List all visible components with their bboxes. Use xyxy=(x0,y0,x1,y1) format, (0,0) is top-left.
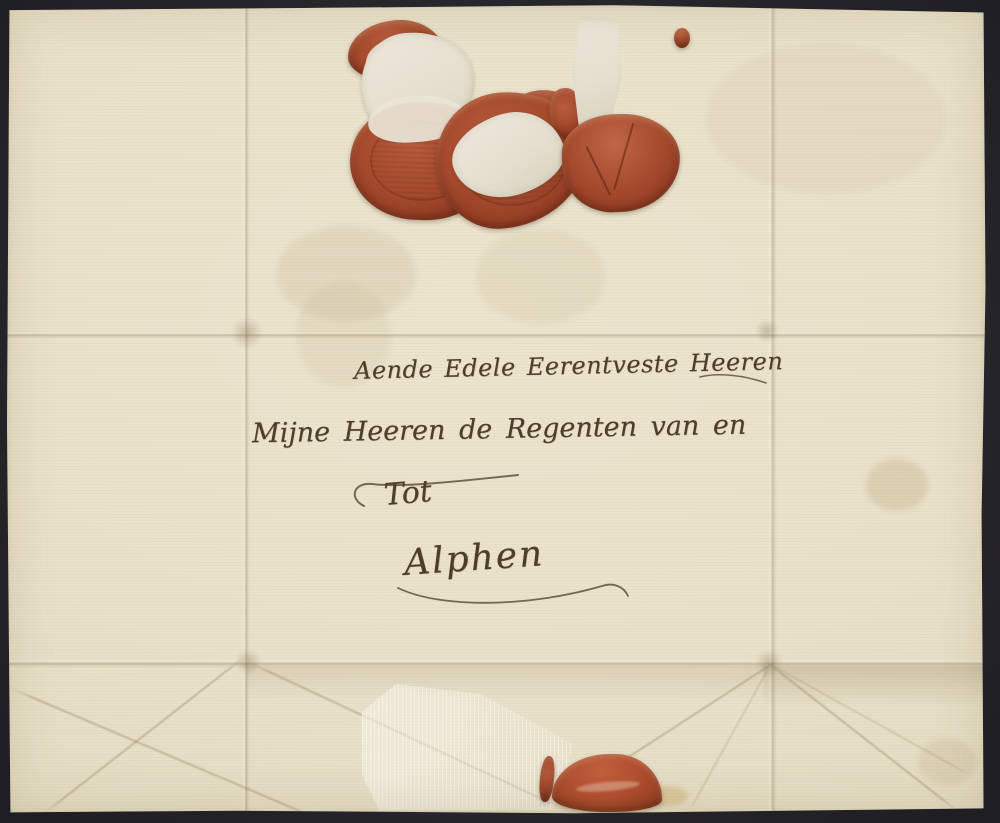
wax-highlight xyxy=(576,779,640,794)
address-line-2: Mijne Heeren de Regenten van en xyxy=(252,410,747,450)
fold-crease-diagonal-left-1 xyxy=(9,686,316,819)
flourish-line1-tail xyxy=(698,370,770,388)
wax-seal-blob-icon xyxy=(560,112,681,214)
fold-crease-horizontal-upper xyxy=(6,331,986,339)
crease-node-wrinkle xyxy=(754,320,780,342)
scan-background: Aende Edele Eerentveste Heeren Mijne Hee… xyxy=(0,0,1000,823)
crease-node-wrinkle xyxy=(754,650,784,676)
fold-crease-diagonal-left-2 xyxy=(45,657,244,814)
stain xyxy=(866,459,928,511)
stain xyxy=(706,44,946,194)
stain xyxy=(918,739,976,785)
wax-blob-icon xyxy=(552,754,662,812)
crease-node-wrinkle xyxy=(230,318,264,348)
stain xyxy=(476,229,606,324)
folded-letter-paper: Aende Edele Eerentveste Heeren Mijne Hee… xyxy=(6,4,986,814)
flourish-tot-swash xyxy=(350,472,526,516)
seal-crack xyxy=(586,147,611,196)
seal-crack xyxy=(614,123,634,189)
wax-speck-icon xyxy=(674,28,690,48)
address-line-4: Alphen xyxy=(403,533,546,584)
crease-node-wrinkle xyxy=(234,650,262,674)
flourish-alphen-underline xyxy=(394,580,634,614)
